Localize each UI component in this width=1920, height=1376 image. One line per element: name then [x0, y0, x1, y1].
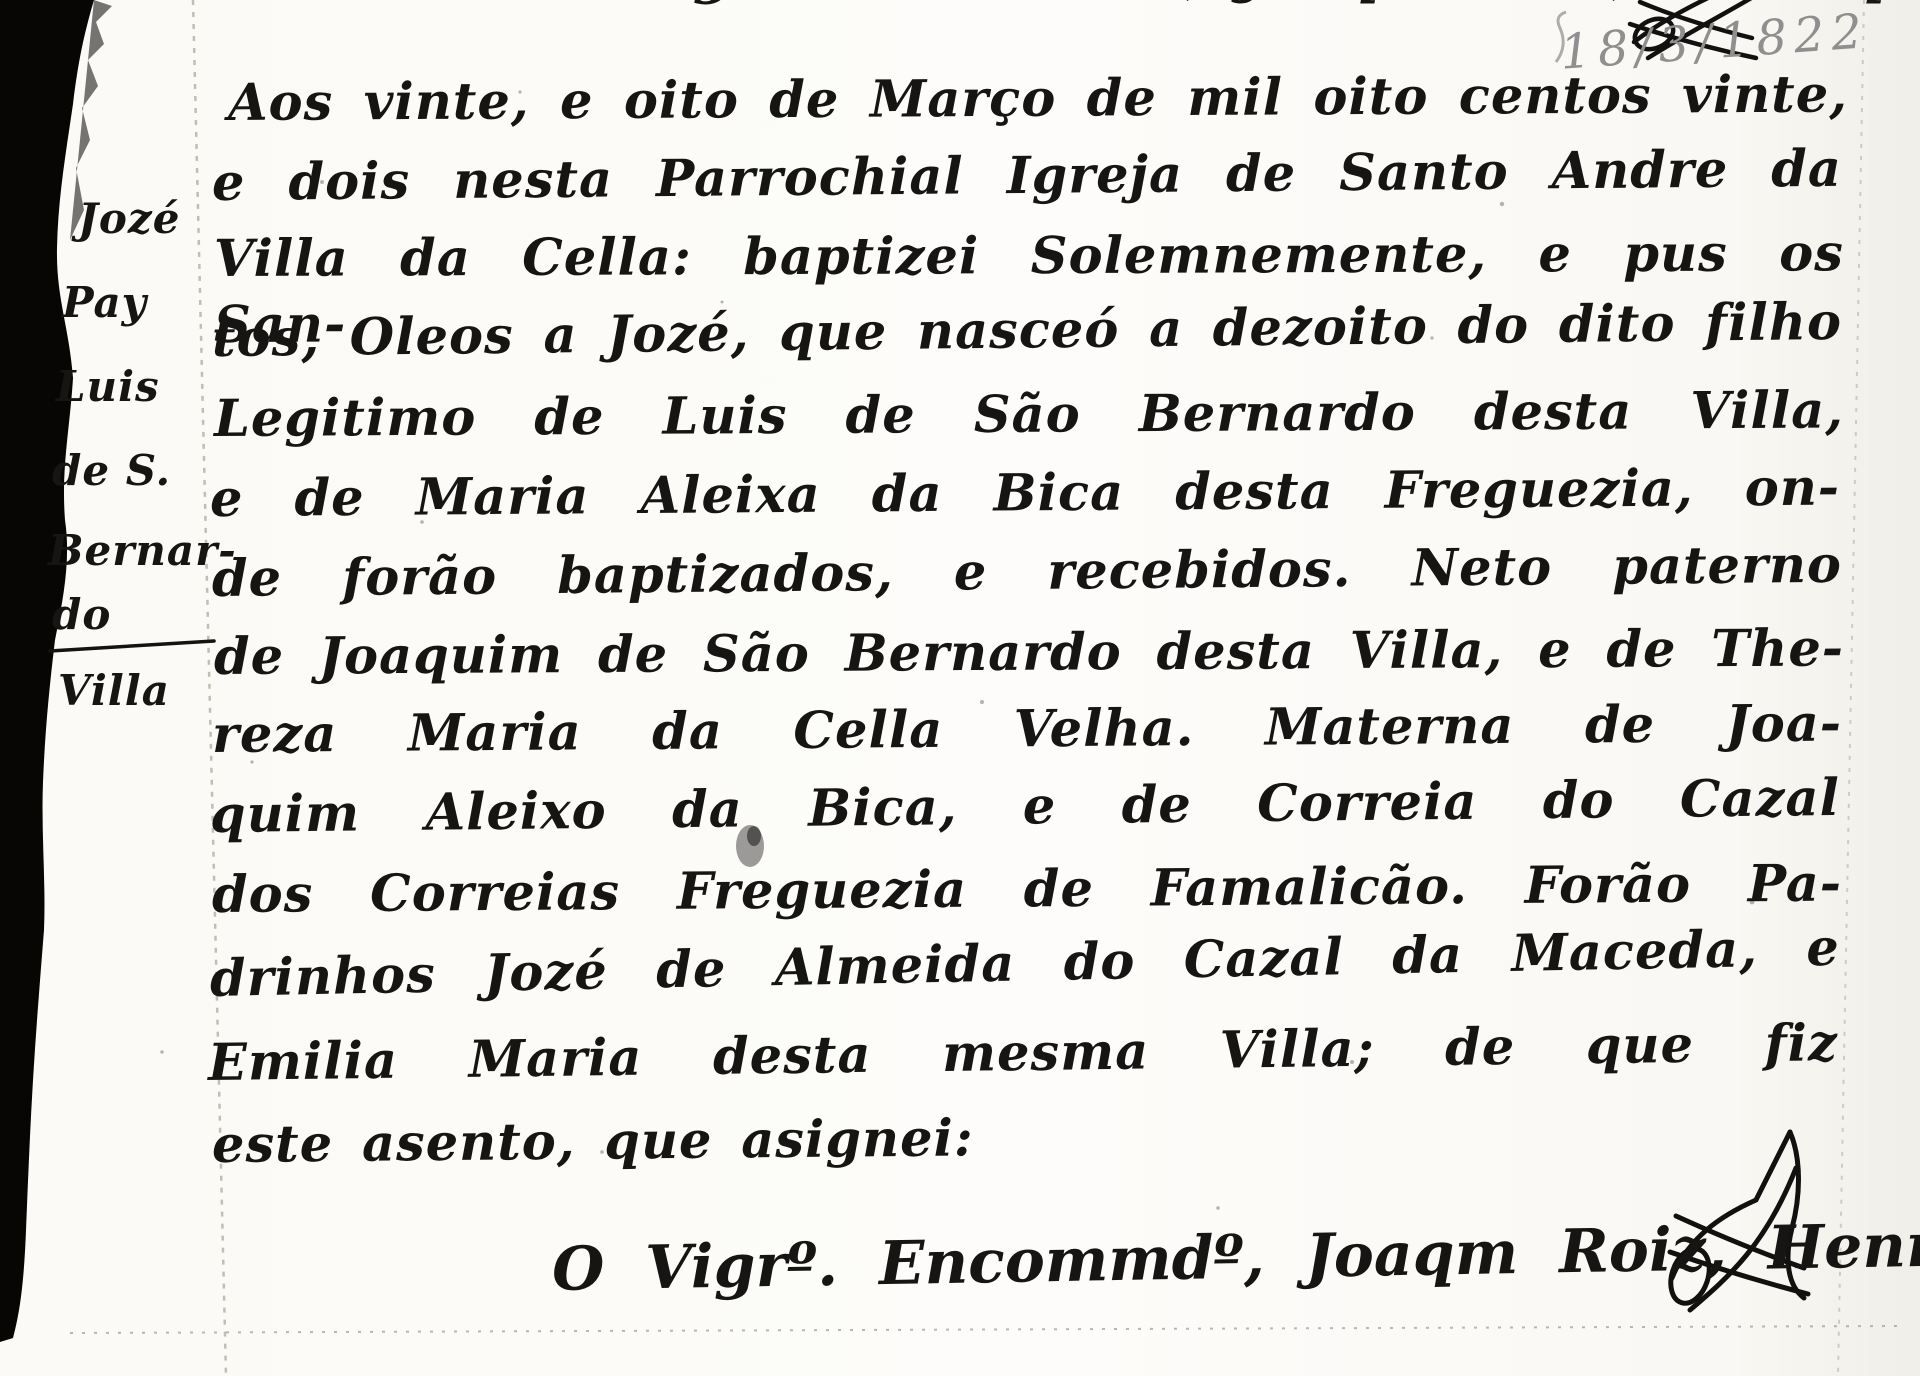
margin-father-name: Luis — [56, 364, 160, 410]
margin-father-name-3: Bernar- — [48, 528, 237, 574]
manuscript-line: este asento, que asignei: — [212, 1105, 974, 1178]
margin-father-name-4: do — [52, 592, 111, 638]
manuscript-line: de Joaquim de São Bernardo desta Villa, … — [214, 615, 1844, 690]
manuscript-line: Emilia Maria desta mesma Villa; de que f… — [208, 1010, 1839, 1096]
margin-child-name: Jozé — [78, 196, 180, 242]
manuscript-line: drinhos Jozé de Almeida do Cazal da Mace… — [209, 915, 1840, 1012]
manuscript-line: reza Maria da Cella Velha. Materna de Jo… — [212, 691, 1842, 768]
manuscript-line: Aos vinte, e oito de Março de mil oito c… — [228, 62, 1848, 136]
manuscript-line: e de Maria Aleixa da Bica desta Freguezi… — [210, 455, 1840, 532]
margin-underline — [50, 641, 214, 651]
bottom-dotted-rule — [70, 1326, 1900, 1333]
manuscript-line: Legitimo de Luis de São Bernardo desta V… — [214, 377, 1844, 452]
previous-record-signature-fragment: O Vigrº. Encommdº, Joaqm Roiz, Henriq — [545, 0, 1885, 6]
manuscript-line: quim Aleixo da Bica, e de Correia do Caz… — [210, 765, 1841, 848]
manuscript-line: e dois nesta Parrochial Igreja de Santo … — [212, 136, 1843, 216]
vicar-signature: O Vigrº. Encommdº, Joaqm Roiz, Henriq, — [552, 1209, 1920, 1305]
right-crease-line — [1838, 0, 1864, 1376]
margin-place-name: Villa — [58, 668, 170, 714]
manuscript-line: de forão baptizados, e recebidos. Neto p… — [212, 532, 1843, 612]
manuscript-line: dos Correias Freguezia de Famalicão. For… — [212, 851, 1842, 928]
margin-father-name-2: de S. — [52, 448, 171, 494]
margin-father-label: Pay — [62, 280, 147, 326]
scanned-register-page: O Vigrº. Encommdº, Joaqm Roiz, Henriq 18… — [0, 0, 1920, 1376]
